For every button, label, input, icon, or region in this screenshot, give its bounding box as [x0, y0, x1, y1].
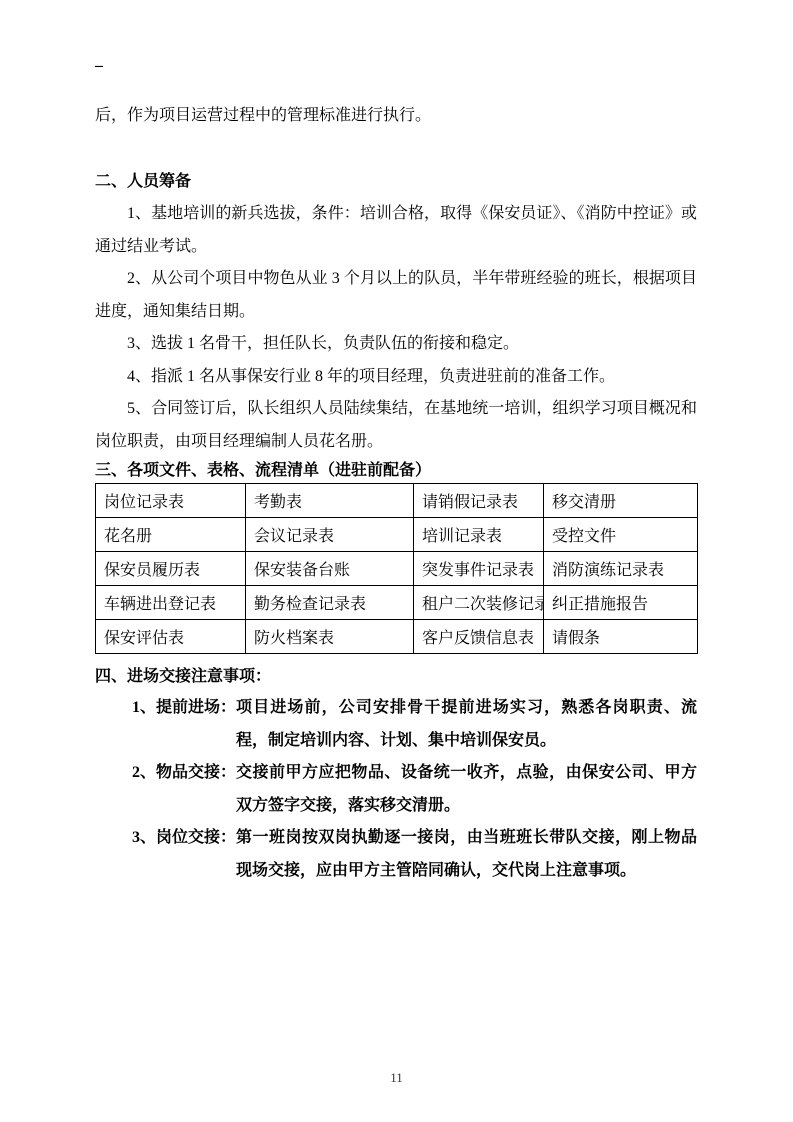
handover-item: 3、岗位交接： 第一班岗按双岗执勤逐一接岗，由当班班长带队交接，刚上物品现场交接…	[132, 822, 697, 887]
table-cell: 保安装备台账	[246, 552, 414, 586]
table-row: 花名册 会议记录表 培训记录表 受控文件	[96, 518, 698, 552]
table-cell: 会议记录表	[246, 518, 414, 552]
table-cell: 纠正措施报告	[544, 586, 698, 620]
personnel-item: 4、指派 1 名从事保安行业 8 年的项目经理，负责进驻前的准备工作。	[95, 361, 697, 394]
table-cell: 受控文件	[544, 518, 698, 552]
table-row: 车辆进出登记表 勤务检查记录表 租户二次装修记录 纠正措施报告	[96, 586, 698, 620]
personnel-item: 1、基地培训的新兵选拔，条件：培训合格，取得《保安员证》、《消防中控证》或通过结…	[95, 198, 697, 263]
document-page: – 后，作为项目运营过程中的管理标准进行执行。 二、人员筹备 1、基地培训的新兵…	[0, 0, 793, 1122]
personnel-item: 3、选拔 1 名骨干，担任队长，负责队伍的衔接和稳定。	[95, 328, 697, 361]
personnel-item: 2、从公司个项目中物色从业 3 个月以上的队员，半年带班经验的班长，根据项目进度…	[95, 263, 697, 328]
table-cell: 保安评估表	[96, 620, 246, 654]
table-row: 保安员履历表 保安装备台账 突发事件记录表 消防演练记录表	[96, 552, 698, 586]
table-cell: 勤务检查记录表	[246, 586, 414, 620]
table-row: 保安评估表 防火档案表 客户反馈信息表 请假条	[96, 620, 698, 654]
table-cell: 客户反馈信息表	[414, 620, 544, 654]
handover-item: 1、提前进场： 项目进场前，公司安排骨干提前进场实习，熟悉各岗职责、流程，制定培…	[132, 692, 697, 757]
table-cell: 保安员履历表	[96, 552, 246, 586]
table-cell: 请销假记录表	[414, 484, 544, 518]
table-cell: 防火档案表	[246, 620, 414, 654]
table-cell: 培训记录表	[414, 518, 544, 552]
table-cell: 考勤表	[246, 484, 414, 518]
table-cell: 突发事件记录表	[414, 552, 544, 586]
table-cell: 花名册	[96, 518, 246, 552]
handover-item-label: 3、岗位交接：	[132, 822, 236, 887]
table-cell: 消防演练记录表	[544, 552, 698, 586]
handover-item-text: 第一班岗按双岗执勤逐一接岗，由当班班长带队交接，刚上物品现场交接，应由甲方主管陪…	[236, 822, 697, 887]
heading-documents: 三、各项文件、表格、流程清单（进驻前配备）	[95, 458, 697, 483]
table-cell: 请假条	[544, 620, 698, 654]
handover-item-text: 交接前甲方应把物品、设备统一收齐，点验，由保安公司、甲方双方签字交接，落实移交清…	[236, 757, 697, 822]
heading-handover: 四、进场交接注意事项：	[95, 661, 697, 692]
handover-item: 2、物品交接： 交接前甲方应把物品、设备统一收齐，点验，由保安公司、甲方双方签字…	[132, 757, 697, 822]
table-cell: 车辆进出登记表	[96, 586, 246, 620]
table-row: 岗位记录表 考勤表 请销假记录表 移交清册	[96, 484, 698, 518]
intro-paragraph: 后，作为项目运营过程中的管理标准进行执行。	[95, 100, 697, 133]
forms-checklist-table: 岗位记录表 考勤表 请销假记录表 移交清册 花名册 会议记录表 培训记录表 受控…	[95, 483, 698, 654]
table-cell: 移交清册	[544, 484, 698, 518]
table-cell: 岗位记录表	[96, 484, 246, 518]
handover-item-text: 项目进场前，公司安排骨干提前进场实习，熟悉各岗职责、流程，制定培训内容、计划、集…	[236, 692, 697, 757]
page-number: 11	[0, 1070, 793, 1086]
table-cell: 租户二次装修记录	[414, 586, 544, 620]
dash-mark: –	[95, 58, 697, 74]
personnel-item: 5、合同签订后，队长组织人员陆续集结，在基地统一培训，组织学习项目概况和岗位职责…	[95, 393, 697, 458]
handover-item-label: 1、提前进场：	[132, 692, 236, 757]
heading-personnel: 二、人员筹备	[95, 166, 697, 199]
handover-item-label: 2、物品交接：	[132, 757, 236, 822]
